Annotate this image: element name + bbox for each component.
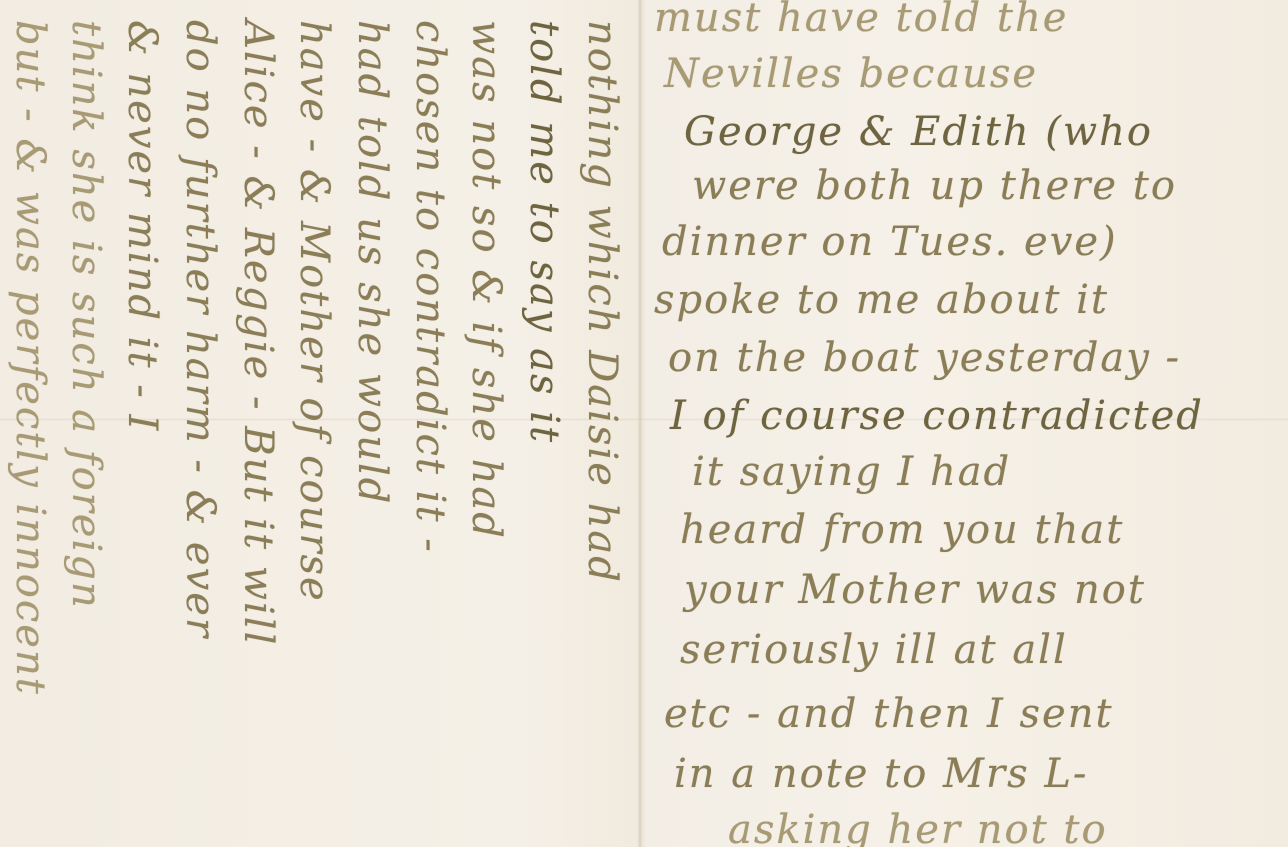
right-line-6: spoke to me about it	[654, 276, 1109, 324]
left-line-1: nothing which Daisie had	[578, 20, 626, 584]
right-line-14: in a note to Mrs L-	[674, 750, 1088, 798]
left-line-3: was not so & if she had	[462, 20, 510, 540]
left-page-rotated-text: nothing which Daisie had told me to say …	[0, 0, 640, 847]
left-line-5: had told us she would	[348, 20, 396, 505]
right-line-3: George & Edith (who	[684, 108, 1153, 156]
left-line-8: do no further harm - & ever	[176, 20, 224, 639]
left-line-9: & never mind it - I	[118, 20, 166, 432]
right-line-11: your Mother was not	[684, 566, 1146, 614]
right-line-10: heard from you that	[680, 506, 1124, 554]
right-line-9: it saying I had	[692, 448, 1011, 496]
left-page: nothing which Daisie had told me to say …	[0, 0, 640, 847]
left-line-11: but - & was perfectly innocent	[6, 20, 54, 696]
letter-sheet: nothing which Daisie had told me to say …	[0, 0, 1288, 847]
left-line-2: told me to say as it	[520, 20, 568, 444]
right-line-2: Nevilles because	[664, 50, 1038, 98]
left-line-4: chosen to contradict it -	[406, 20, 454, 554]
right-line-1: must have told the	[654, 0, 1068, 42]
right-line-13: etc - and then I sent	[664, 690, 1114, 738]
right-line-12: seriously ill at all	[680, 626, 1068, 674]
left-line-6: have - & Mother of course	[290, 20, 338, 603]
left-line-7: Alice - & Reggie - But it will	[234, 20, 282, 646]
left-line-10: think she is such a foreign	[62, 20, 110, 610]
right-line-15: asking her not to	[728, 806, 1108, 847]
right-line-5: dinner on Tues. eve)	[662, 218, 1118, 266]
right-line-4: were both up there to	[692, 162, 1177, 210]
right-line-7: on the boat yesterday -	[668, 334, 1181, 382]
right-page: must have told the Nevilles because Geor…	[640, 0, 1288, 847]
right-line-8: I of course contradicted	[670, 392, 1204, 440]
